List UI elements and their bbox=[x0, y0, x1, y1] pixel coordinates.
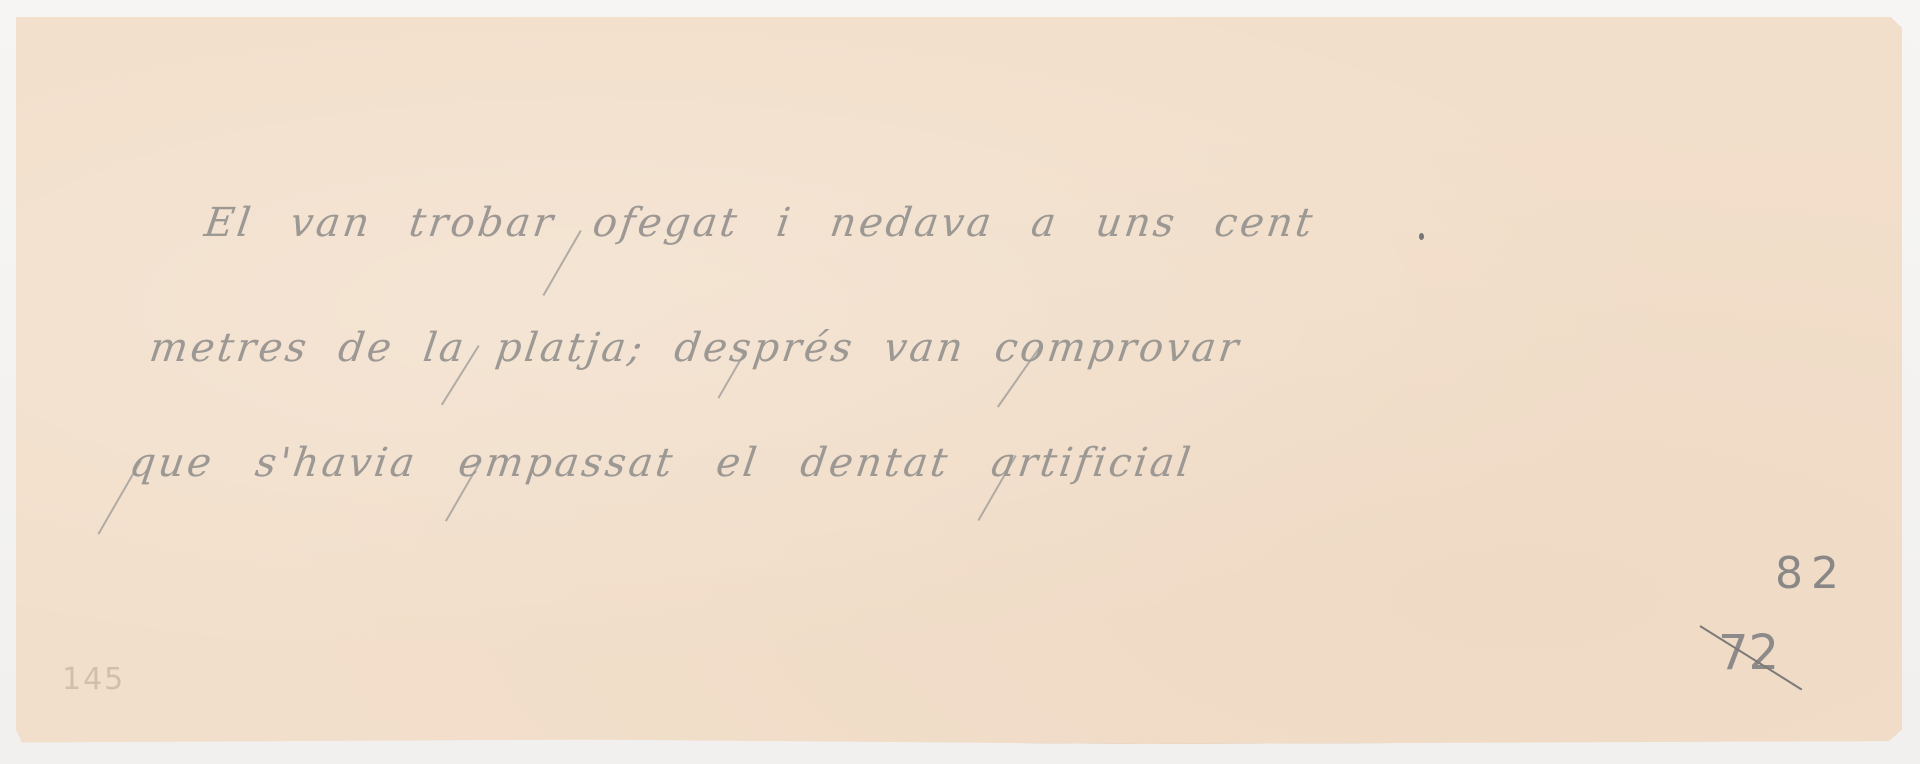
paper-sheet bbox=[16, 17, 1902, 744]
handwritten-line-3: que s'havia empassat el dentat artificia… bbox=[127, 440, 1196, 486]
pencil-dot-mark bbox=[1419, 233, 1424, 240]
archive-mark: 145 bbox=[62, 662, 125, 697]
handwritten-line-1: El van trobar ofegat i nedava a uns cent bbox=[202, 200, 1318, 246]
page-number-current: 82 bbox=[1775, 548, 1847, 599]
handwritten-line-2: metres de la platja; després van comprov… bbox=[147, 325, 1244, 371]
page-number-crossed-out: 72 bbox=[1718, 625, 1779, 681]
